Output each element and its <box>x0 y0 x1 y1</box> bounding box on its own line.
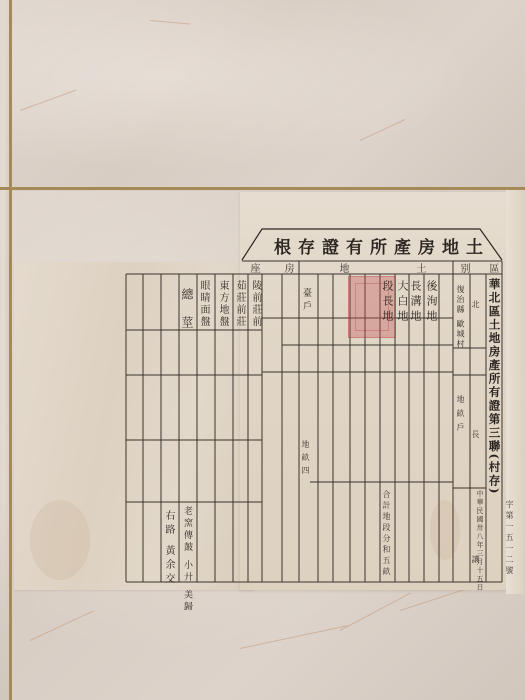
tile-grout-horizontal <box>0 187 525 190</box>
marble-tile-left <box>0 0 9 700</box>
owner-cell: 後洵地 <box>426 280 437 325</box>
title-char: 所 <box>370 233 394 258</box>
title-char: 房 <box>418 233 442 258</box>
left-column-text: 陵前莊前 <box>250 280 260 328</box>
owner-cell: 長溝地 <box>410 280 421 325</box>
area-note: 合計地段分和五畝 <box>382 490 390 578</box>
left-column-text: 茹莊前莊 <box>234 280 244 328</box>
title-char: 證 <box>322 233 346 258</box>
header-label-qu: 區 <box>487 263 497 273</box>
footer-note-right: 老窯傳皷 小廾 美歸 <box>182 506 191 614</box>
serial-number: 字第一五一二號 <box>505 500 513 577</box>
column-label: 讓 <box>471 555 479 563</box>
header-label-fang: 房 <box>282 263 292 273</box>
header-label-zuo: 座 <box>248 263 258 273</box>
paper-stain <box>30 500 90 580</box>
certificate-id-column: 華北區土地房產所有證第三聯(村存) <box>488 278 500 495</box>
title-char: 有 <box>346 233 370 258</box>
marble-tile-top <box>12 0 525 187</box>
footer-note-left: 右路 黃余交 <box>163 510 173 587</box>
column-label: 北 <box>471 300 479 308</box>
column-label: 地畝戶 <box>456 395 464 437</box>
title-char: 土 <box>466 233 490 258</box>
title-char: 產 <box>394 233 418 258</box>
title-char: 地 <box>442 233 466 258</box>
issue-date: 中華民國卅八年三月十五日 <box>476 490 483 592</box>
owner-cell: 大白地 <box>397 280 408 325</box>
left-column-text: 東方地盤 <box>217 280 227 328</box>
tile-grout-vertical <box>9 0 12 700</box>
header-label-tu: 土 <box>414 263 424 273</box>
paper-stain <box>430 500 460 560</box>
column-label: 地畝四 <box>301 440 309 479</box>
document-title: 根 存 證 有 所 產 房 地 土 <box>262 232 502 258</box>
owner-cell: 段長地 <box>382 280 393 325</box>
header-label-di: 地 <box>337 263 347 273</box>
header-label-bie: 别 <box>458 263 468 273</box>
column-label: 長 <box>471 430 479 438</box>
title-char: 根 <box>274 233 298 258</box>
title-char: 存 <box>298 233 322 258</box>
left-column-text: 眼睛面盤 <box>198 280 208 328</box>
village-cell: 復治縣 歐城村 <box>456 285 464 350</box>
column-label: 臺戶 <box>301 288 310 314</box>
left-column-text: 總 莖 <box>181 288 193 334</box>
